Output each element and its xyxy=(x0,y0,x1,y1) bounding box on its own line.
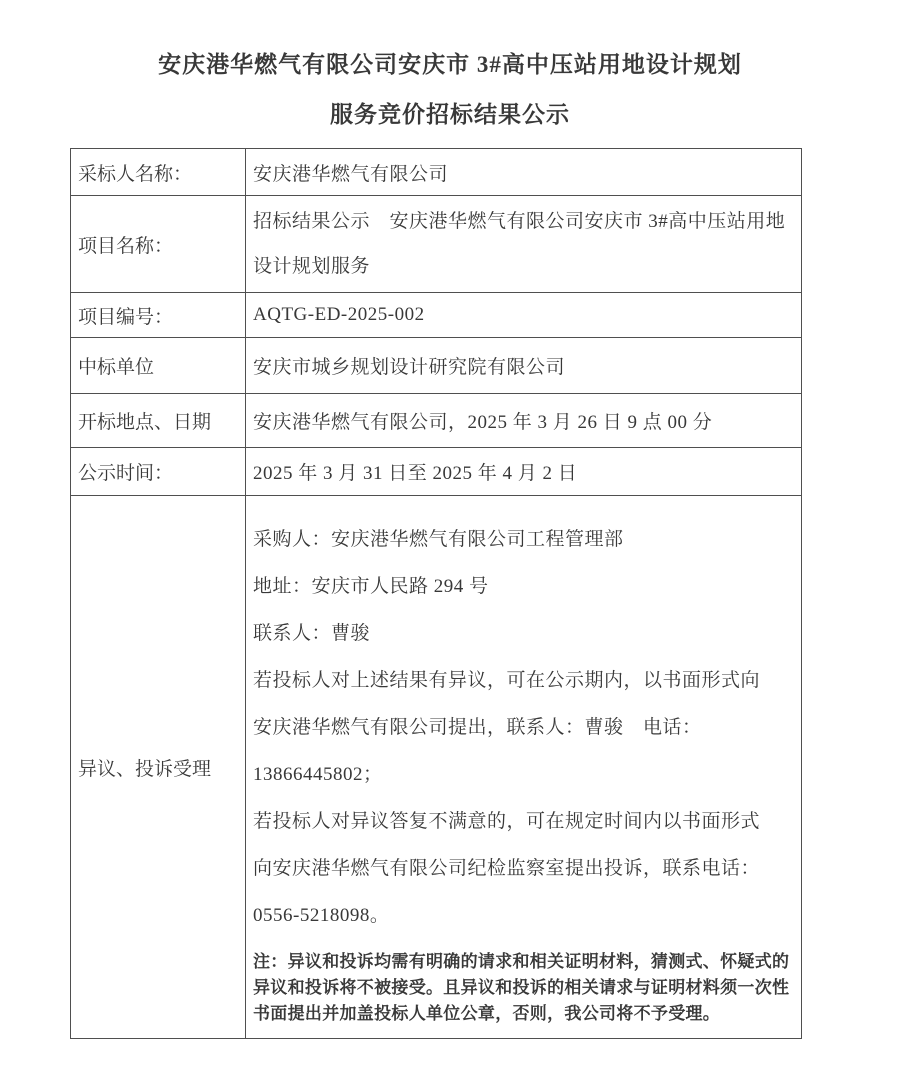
objection-line-purchaser: 采购人：安庆港华燃气有限公司工程管理部 xyxy=(253,516,795,563)
table-row: 项目名称： 招标结果公示 安庆港华燃气有限公司安庆市 3#高中压站用地设计规划服… xyxy=(71,196,802,293)
table-row: 开标地点、日期 安庆港华燃气有限公司，2025 年 3 月 26 日 9 点 0… xyxy=(71,394,802,448)
row-label-project-name: 项目名称： xyxy=(71,196,246,293)
row-value-project-name: 招标结果公示 安庆港华燃气有限公司安庆市 3#高中压站用地设计规划服务 xyxy=(246,196,802,293)
title-line-2: 服务竞价招标结果公示 xyxy=(0,90,900,140)
objection-line-address: 地址：安庆市人民路 294 号 xyxy=(253,563,795,610)
objection-line-complaint-phone: 0556-5218098。 xyxy=(253,892,795,939)
objection-line-dispute-2: 安庆港华燃气有限公司提出，联系人：曹骏 电话： xyxy=(253,704,795,751)
objection-line-dispute-1: 若投标人对上述结果有异议，可在公示期内，以书面形式向 xyxy=(253,657,795,704)
objection-note: 注：异议和投诉均需有明确的请求和相关证明材料，猜测式、怀疑式的异议和投诉将不被接… xyxy=(253,949,795,1027)
objection-line-contact: 联系人：曹骏 xyxy=(253,610,795,657)
row-value-opening-place-date: 安庆港华燃气有限公司，2025 年 3 月 26 日 9 点 00 分 xyxy=(246,394,802,448)
title-line-1: 安庆港华燃气有限公司安庆市 3#高中压站用地设计规划 xyxy=(0,40,900,90)
document-title: 安庆港华燃气有限公司安庆市 3#高中压站用地设计规划 服务竞价招标结果公示 xyxy=(0,0,900,140)
objection-line-complaint-2: 向安庆港华燃气有限公司纪检监察室提出投诉，联系电话： xyxy=(253,845,795,892)
row-label-winning-bidder: 中标单位 xyxy=(71,338,246,394)
row-label-objection-handling: 异议、投诉受理 xyxy=(71,496,246,1039)
row-value-publicity-period: 2025 年 3 月 31 日至 2025 年 4 月 2 日 xyxy=(246,448,802,496)
table-row: 异议、投诉受理 采购人：安庆港华燃气有限公司工程管理部 地址：安庆市人民路 29… xyxy=(71,496,802,1039)
row-value-project-number: AQTG-ED-2025-002 xyxy=(246,293,802,338)
row-value-bidder-name: 安庆港华燃气有限公司 xyxy=(246,149,802,196)
row-label-project-number: 项目编号： xyxy=(71,293,246,338)
row-label-bidder-name: 采标人名称： xyxy=(71,149,246,196)
row-label-opening-place-date: 开标地点、日期 xyxy=(71,394,246,448)
objection-line-complaint-1: 若投标人对异议答复不满意的，可在规定时间内以书面形式 xyxy=(253,798,795,845)
table-row: 中标单位 安庆市城乡规划设计研究院有限公司 xyxy=(71,338,802,394)
row-label-publicity-period: 公示时间： xyxy=(71,448,246,496)
table-row: 公示时间： 2025 年 3 月 31 日至 2025 年 4 月 2 日 xyxy=(71,448,802,496)
document-page: 安庆港华燃气有限公司安庆市 3#高中压站用地设计规划 服务竞价招标结果公示 采标… xyxy=(0,0,900,1074)
table-row: 项目编号： AQTG-ED-2025-002 xyxy=(71,293,802,338)
notice-table: 采标人名称： 安庆港华燃气有限公司 项目名称： 招标结果公示 安庆港华燃气有限公… xyxy=(70,148,802,1039)
table-row: 采标人名称： 安庆港华燃气有限公司 xyxy=(71,149,802,196)
row-value-winning-bidder: 安庆市城乡规划设计研究院有限公司 xyxy=(246,338,802,394)
row-value-objection-handling: 采购人：安庆港华燃气有限公司工程管理部 地址：安庆市人民路 294 号 联系人：… xyxy=(246,496,802,1039)
objection-line-phone: 13866445802； xyxy=(253,751,795,798)
